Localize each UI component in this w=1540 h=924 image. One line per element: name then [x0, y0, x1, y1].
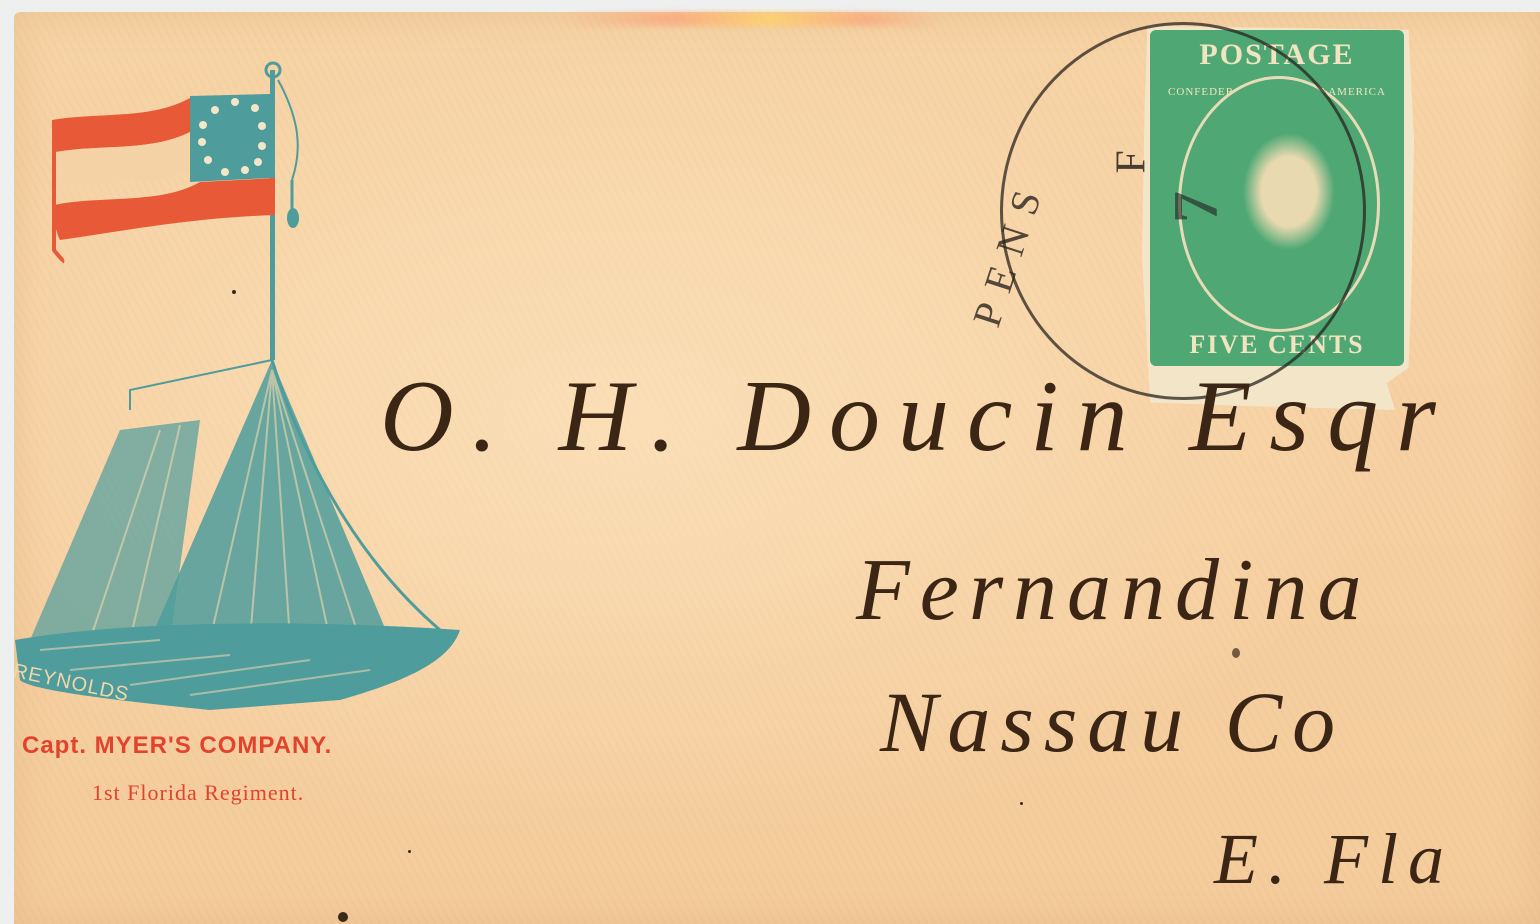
address-line-3: Nassau Co	[880, 672, 1345, 772]
speck	[1020, 802, 1023, 805]
flag-icon	[40, 60, 320, 360]
caption-sub: 1st Florida Regiment.	[92, 780, 304, 806]
address-line-4: E. Fla	[1214, 818, 1454, 901]
address-line-2: Fernandina	[856, 540, 1372, 641]
postmark-day: 7	[1159, 191, 1233, 223]
speck	[408, 850, 411, 853]
speck	[232, 290, 236, 294]
caption-main: Capt. MYER'S COMPANY.	[22, 732, 332, 760]
stain	[560, 12, 940, 26]
speck	[1232, 648, 1240, 658]
postmark-month: F	[1108, 150, 1156, 173]
address-line-1: O. H. Doucin Esqr	[380, 358, 1454, 475]
speck	[338, 912, 348, 922]
